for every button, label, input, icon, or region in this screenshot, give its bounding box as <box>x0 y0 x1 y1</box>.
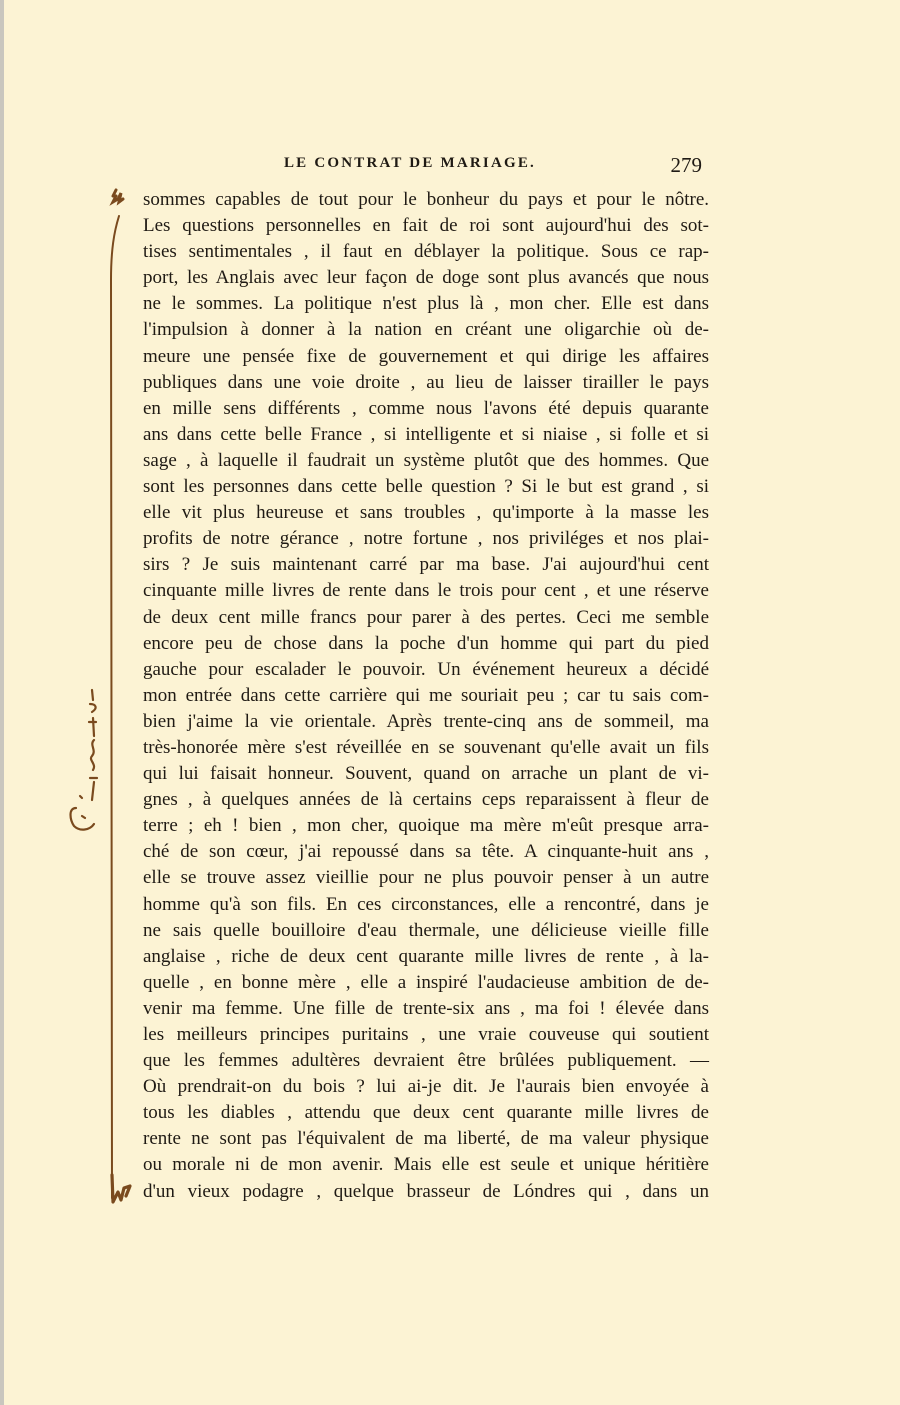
text-line-content: gauche pour escalader le pouvoir. Un évé… <box>143 657 709 683</box>
text-line: Les questions personnelles en fait de ro… <box>143 213 709 239</box>
text-line-content: ché de son cœur, j'ai repoussé dans sa t… <box>143 839 709 865</box>
text-line: gnes , à quelques années de là certains … <box>143 787 709 813</box>
text-line-content: sommes capables de tout pour le bonheur … <box>143 187 709 213</box>
text-line-content: d'un vieux podagre , quelque brasseur de… <box>143 1179 709 1205</box>
text-line: profits de notre gérance , notre fortune… <box>143 526 709 552</box>
text-line: les meilleurs principes puritains , une … <box>143 1022 709 1048</box>
text-line-content: sage , à laquelle il faudrait un système… <box>143 448 709 474</box>
text-line: cinquante mille livres de rente dans le … <box>143 578 709 604</box>
text-line: tises sentimentales , il faut en déblaye… <box>143 239 709 265</box>
text-line-content: elle se trouve assez vieillie pour ne pl… <box>143 865 709 891</box>
text-line-content: quelle , en bonne mère , elle a inspiré … <box>143 970 709 996</box>
text-line: quelle , en bonne mère , elle a inspiré … <box>143 970 709 996</box>
text-line-content: tises sentimentales , il faut en déblaye… <box>143 239 709 265</box>
text-line-content: gnes , à quelques années de là certains … <box>143 787 709 813</box>
text-line: homme qu'à son fils. En ces circonstance… <box>143 892 709 918</box>
text-line-content: rente ne sont pas l'équivalent de ma lib… <box>143 1126 709 1152</box>
text-line-content: très-honorée mère s'est réveillée en se … <box>143 735 709 761</box>
text-line-content: terre ; eh ! bien , mon cher, quoique ma… <box>143 813 709 839</box>
text-line-content: que les femmes adultères devraient être … <box>143 1048 709 1074</box>
text-line-content: anglaise , riche de deux cent quarante m… <box>143 944 709 970</box>
text-line-content: qui lui faisait honneur. Souvent, quand … <box>143 761 709 787</box>
running-title: LE CONTRAT DE MARIAGE. <box>140 155 710 172</box>
text-line: anglaise , riche de deux cent quarante m… <box>143 944 709 970</box>
body-text: sommes capables de tout pour le bonheur … <box>143 187 709 1205</box>
text-line-content: cinquante mille livres de rente dans le … <box>143 578 709 604</box>
text-line: d'un vieux podagre , quelque brasseur de… <box>143 1179 709 1205</box>
text-line: que les femmes adultères devraient être … <box>143 1048 709 1074</box>
text-line: tous les diables , attendu que deux cent… <box>143 1100 709 1126</box>
running-head: LE CONTRAT DE MARIAGE. 279 <box>140 153 710 179</box>
text-line: sont les personnes dans cette belle ques… <box>143 474 709 500</box>
text-line: ou morale ni de mon avenir. Mais elle es… <box>143 1152 709 1178</box>
text-line: elle se trouve assez vieillie pour ne pl… <box>143 865 709 891</box>
text-line: ne le sommes. La politique n'est plus là… <box>143 291 709 317</box>
text-line: sage , à laquelle il faudrait un système… <box>143 448 709 474</box>
text-line: en mille sens différents , comme nous l'… <box>143 396 709 422</box>
text-line: ans dans cette belle France , si intelli… <box>143 422 709 448</box>
text-line-content: bien j'aime la vie orientale. Après tren… <box>143 709 709 735</box>
text-line-content: port, les Anglais avec leur façon de dog… <box>143 265 709 291</box>
text-line-content: ou morale ni de mon avenir. Mais elle es… <box>143 1152 709 1178</box>
text-line: sirs ? Je suis maintenant carré par ma b… <box>143 552 709 578</box>
text-line: très-honorée mère s'est réveillée en se … <box>143 735 709 761</box>
text-line-content: Où prendrait-on du bois ? lui ai-je dit.… <box>143 1074 709 1100</box>
book-page: LE CONTRAT DE MARIAGE. 279 sommes capabl… <box>0 0 900 1405</box>
marginal-note-icon <box>71 690 98 830</box>
text-line-content: l'impulsion à donner à la nation en créa… <box>143 317 709 343</box>
text-line-content: Les questions personnelles en fait de ro… <box>143 213 709 239</box>
text-line-content: les meilleurs principes puritains , une … <box>143 1022 709 1048</box>
text-line: rente ne sont pas l'équivalent de ma lib… <box>143 1126 709 1152</box>
text-line: publiques dans une voie droite , au lieu… <box>143 370 709 396</box>
page-number: 279 <box>671 153 703 178</box>
text-line-content: encore peu de chose dans la poche d'un h… <box>143 631 709 657</box>
text-line: encore peu de chose dans la poche d'un h… <box>143 631 709 657</box>
opening-quote-mark-icon <box>113 190 123 202</box>
text-line: sommes capables de tout pour le bonheur … <box>143 187 709 213</box>
text-line: port, les Anglais avec leur façon de dog… <box>143 265 709 291</box>
text-line: terre ; eh ! bien , mon cher, quoique ma… <box>143 813 709 839</box>
closing-bracket-hook-icon <box>112 1175 130 1202</box>
text-line: mon entrée dans cette carrière qui me so… <box>143 683 709 709</box>
text-line: venir ma femme. Une fille de trente-six … <box>143 996 709 1022</box>
text-line-content: profits de notre gérance , notre fortune… <box>143 526 709 552</box>
text-line: de deux cent mille francs pour parer à d… <box>143 605 709 631</box>
text-line: meure une pensée fixe de gouvernement et… <box>143 344 709 370</box>
text-line: elle vit plus heureuse et sans troubles … <box>143 500 709 526</box>
text-line: Où prendrait-on du bois ? lui ai-je dit.… <box>143 1074 709 1100</box>
text-line: ne sais quelle bouilloire d'eau thermale… <box>143 918 709 944</box>
text-line: bien j'aime la vie orientale. Après tren… <box>143 709 709 735</box>
text-line-content: mon entrée dans cette carrière qui me so… <box>143 683 709 709</box>
text-line-content: ne sais quelle bouilloire d'eau thermale… <box>143 918 709 944</box>
text-line: qui lui faisait honneur. Souvent, quand … <box>143 761 709 787</box>
text-line-content: meure une pensée fixe de gouvernement et… <box>143 344 709 370</box>
text-line-content: ne le sommes. La politique n'est plus là… <box>143 291 709 317</box>
text-line-content: elle vit plus heureuse et sans troubles … <box>143 500 709 526</box>
text-line-content: en mille sens différents , comme nous l'… <box>143 396 709 422</box>
text-line-content: sirs ? Je suis maintenant carré par ma b… <box>143 552 709 578</box>
margin-bracket-line-icon <box>111 216 119 1198</box>
text-line-content: de deux cent mille francs pour parer à d… <box>143 605 709 631</box>
text-line: gauche pour escalader le pouvoir. Un évé… <box>143 657 709 683</box>
text-line-content: homme qu'à son fils. En ces circonstance… <box>143 892 709 918</box>
text-line-content: venir ma femme. Une fille de trente-six … <box>143 996 709 1022</box>
text-line-content: sont les personnes dans cette belle ques… <box>143 474 709 500</box>
text-line-content: publiques dans une voie droite , au lieu… <box>143 370 709 396</box>
text-line-content: tous les diables , attendu que deux cent… <box>143 1100 709 1126</box>
text-line-content: ans dans cette belle France , si intelli… <box>143 422 709 448</box>
text-line: ché de son cœur, j'ai repoussé dans sa t… <box>143 839 709 865</box>
text-line: l'impulsion à donner à la nation en créa… <box>143 317 709 343</box>
